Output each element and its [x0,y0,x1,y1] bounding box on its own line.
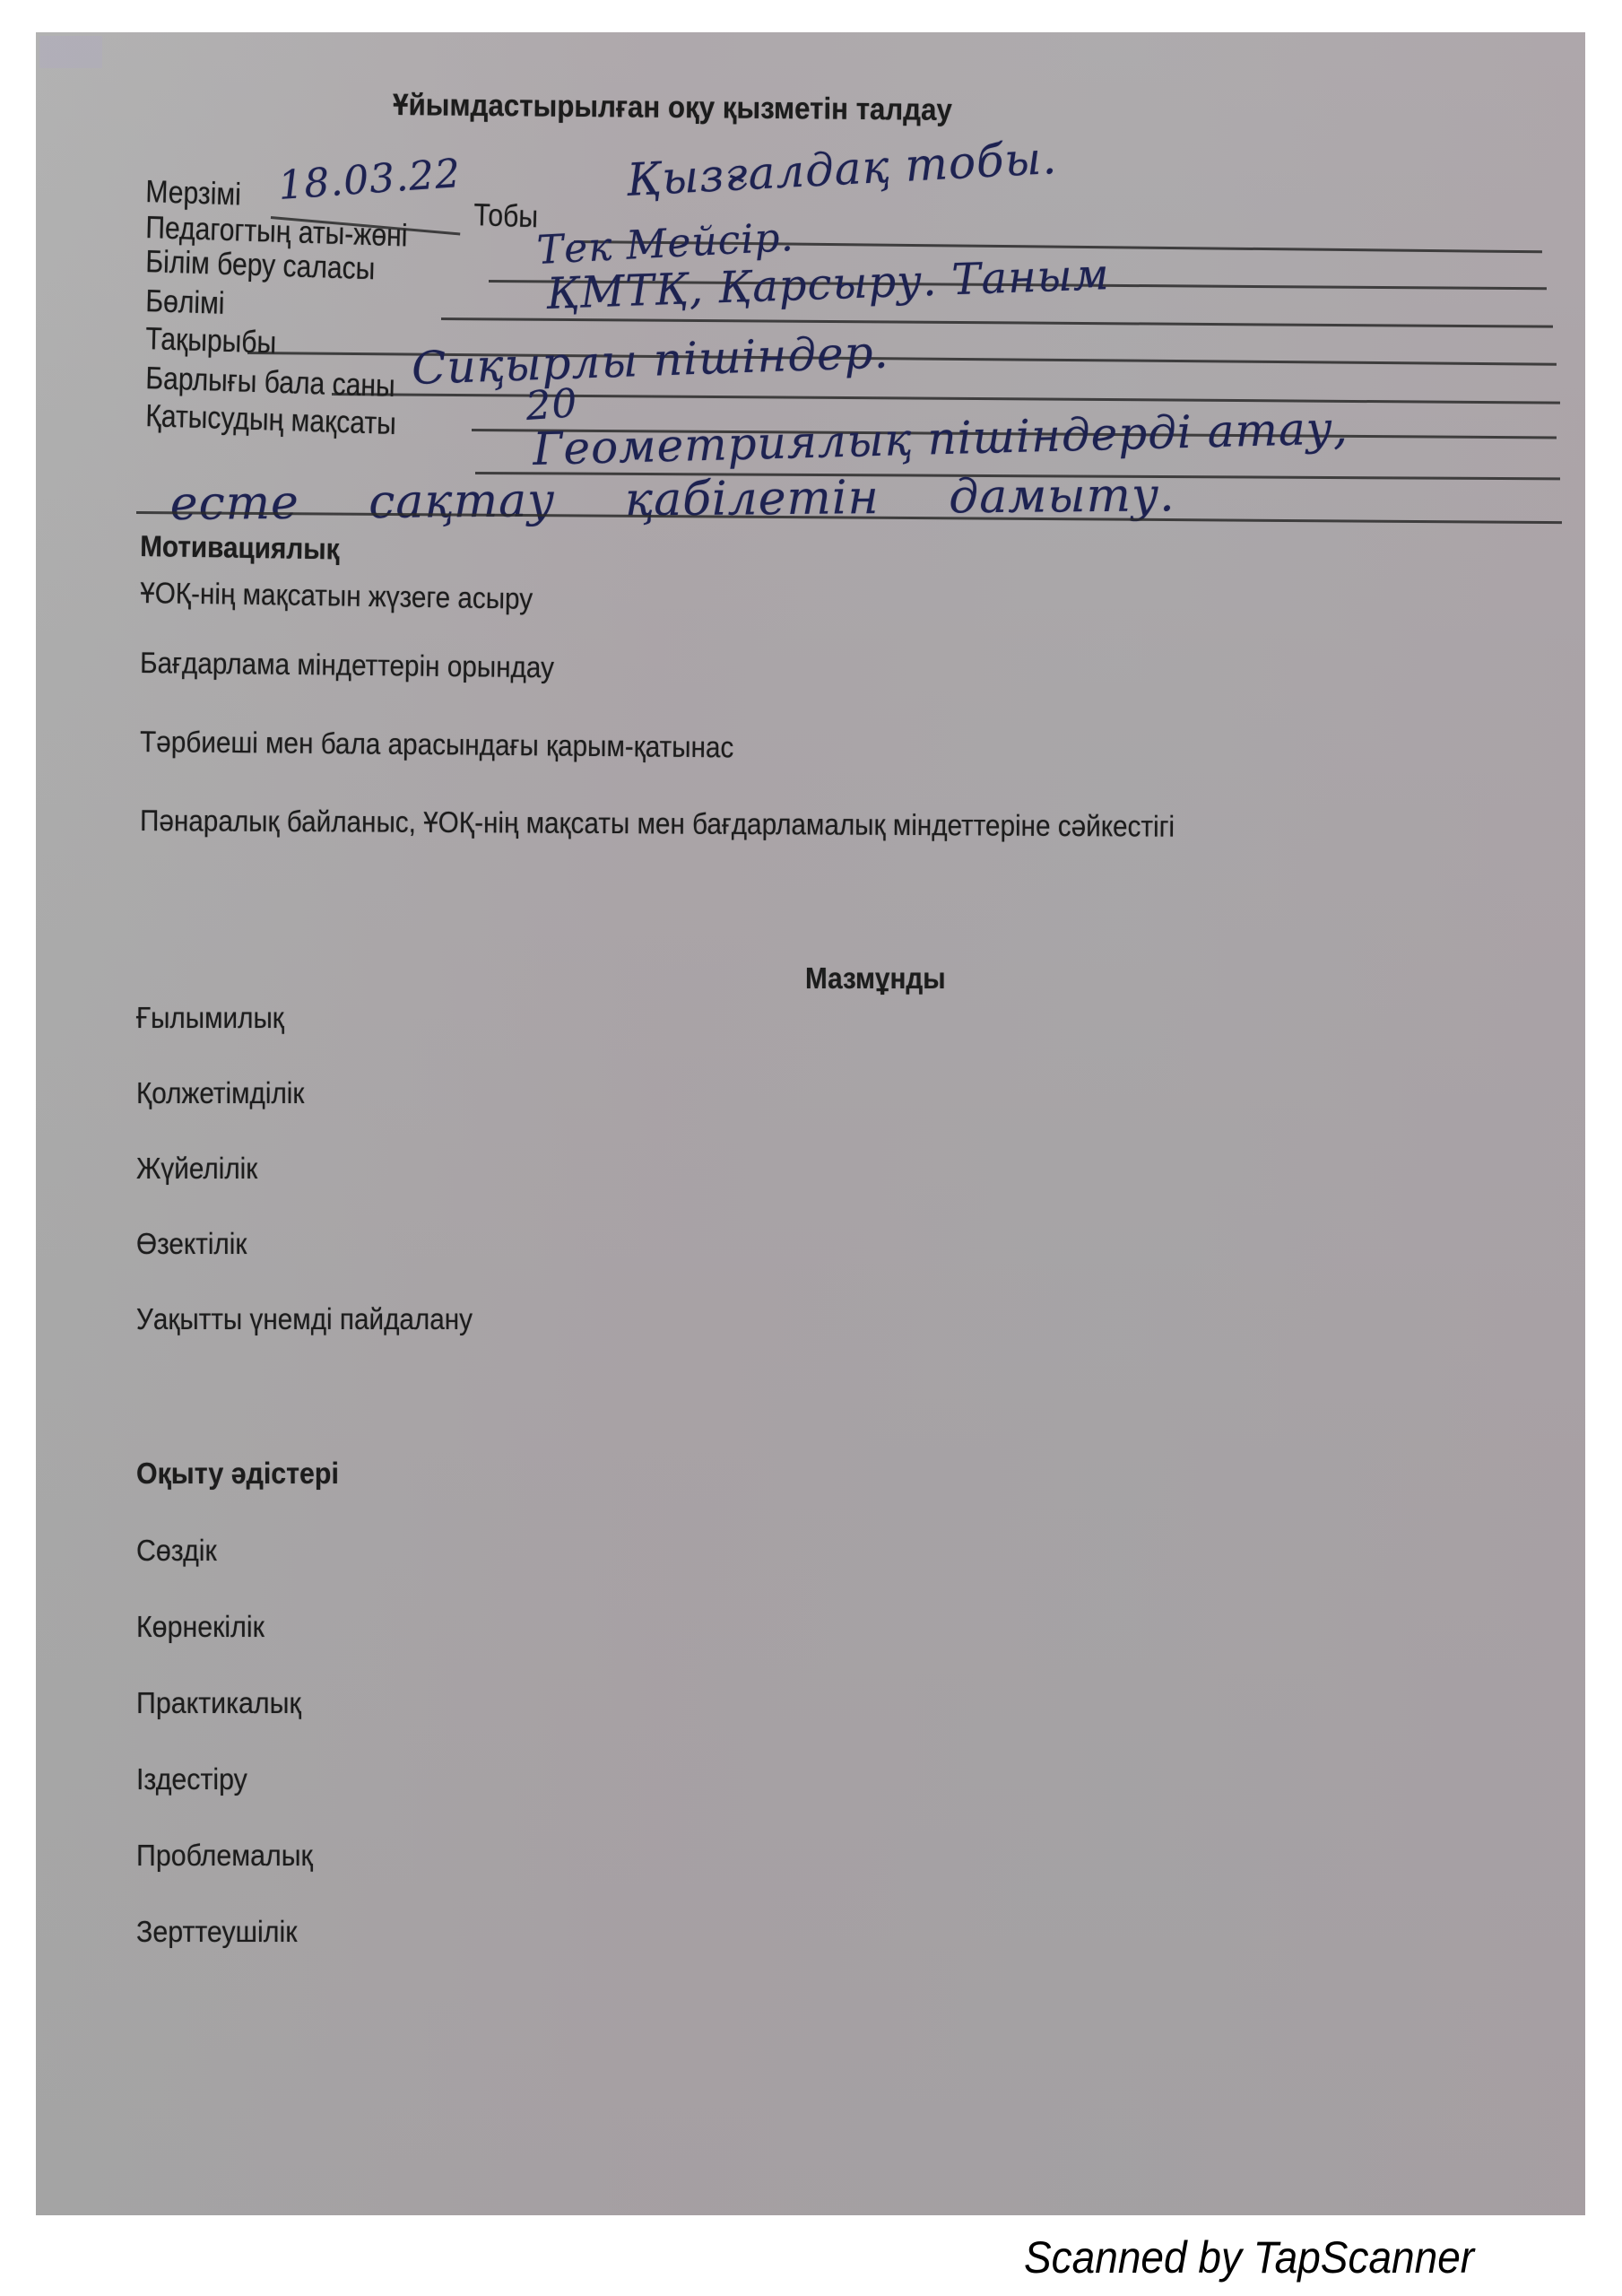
list-item: Өзектілік [136,1229,247,1258]
section-heading-teaching-methods: Оқыту әдістері [136,1458,339,1488]
field-value-goal: Геометриялық пішіндерді атау, [533,405,1349,472]
scanner-watermark: Scanned by TapScanner [1024,2231,1474,2283]
education-area-underline [441,317,1553,328]
list-item: ҰОҚ-нің мақсатын жүзеге асыру [140,578,533,613]
field-label-education-area: Білім беру саласы [145,246,376,284]
field-label-children-count: Барлығы бала саны [145,362,395,402]
list-item: Қолжетімділік [136,1078,304,1108]
list-item: Тәрбиеші мен бала арасындағы қарым-қатын… [140,726,733,761]
scanned-page: Ұйымдастырылған оқу қызметін талдау Мерз… [36,32,1585,2215]
list-item: Проблемалық [136,1840,313,1870]
list-item: Бағдарлама міндеттерін орындау [140,648,554,682]
field-value-group: Қызғалдақ тобы. [625,135,1058,203]
list-item: Ғылымилық [136,1003,284,1032]
list-item: Уақытты үнемді пайдалану [136,1304,473,1334]
list-item: Іздестіру [136,1764,247,1794]
field-label-date: Мерзімі [145,176,241,210]
topic-underline [332,393,1560,404]
list-item: Пәнаралық байланыс, ҰОҚ-нің мақсаты мен … [140,805,1175,841]
scan-artifact [39,36,102,68]
list-item: Практикалық [136,1688,301,1718]
field-label-goal: Қатысудың мақсаты [145,400,396,439]
field-value-date: 18.03.22 [277,154,463,206]
field-label-topic: Тақырыбы [145,323,277,359]
field-label-section: Бөлімі [145,285,225,319]
list-item: Көрнекілік [136,1612,265,1641]
field-value-topic: Сиқырлы пішіндер. [411,329,889,391]
list-item: Жүйелілік [136,1153,257,1183]
document-title: Ұйымдастырылған оқу қызметін талдау [393,90,952,126]
list-item: Сөздік [136,1535,217,1565]
list-item: Зерттеушілік [136,1917,297,1946]
field-value-children-count: 20 [525,384,579,427]
field-label-group: Тобы [473,199,538,232]
section-heading-content: Мазмұнды [805,963,946,993]
section-heading-motivational: Мотивациялық [140,531,340,563]
